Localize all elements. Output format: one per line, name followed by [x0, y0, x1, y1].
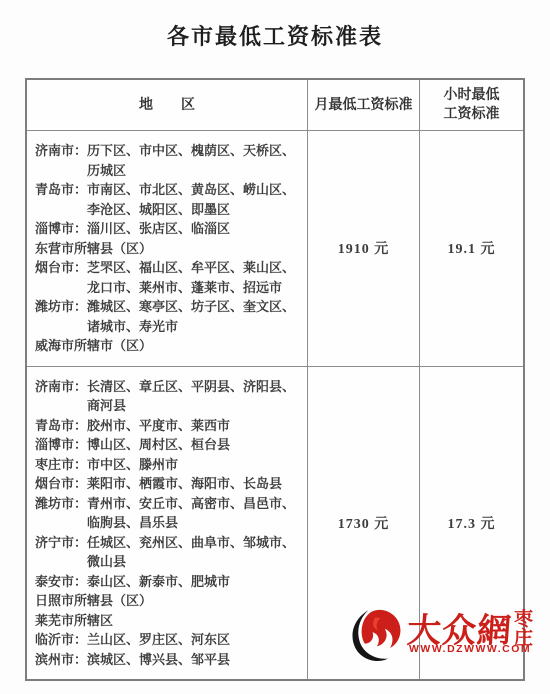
hourly-wage-value: 19.1 元 [420, 131, 523, 366]
region-line: 枣庄市：市中区、滕州市 [35, 455, 303, 475]
table-row: 济南市：长清区、章丘区、平阴县、济阳县、商河县青岛市：胶州市、平度市、莱西市淄博… [27, 366, 523, 680]
region-line: 济南市：长清区、章丘区、平阴县、济阳县、商河县 [35, 377, 303, 416]
region-line: 淄博市：博山区、周村区、桓台县 [35, 435, 303, 455]
table-row: 济南市：历下区、市中区、槐荫区、天桥区、历城区青岛市：市南区、市北区、黄岛区、崂… [27, 130, 523, 366]
table-header-row: 地 区 月最低工资标准 小时最低 工资标准 [27, 80, 523, 130]
page: { "title": "各市最低工资标准表", "table": { "head… [0, 0, 550, 694]
region-line: 淄博市：淄川区、张店区、临淄区 [35, 219, 303, 239]
header-region: 地 区 [27, 80, 308, 130]
wage-table: 地 区 月最低工资标准 小时最低 工资标准 济南市：历下区、市中区、槐荫区、天桥… [25, 78, 525, 681]
region-line: 青岛市：胶州市、平度市、莱西市 [35, 416, 303, 436]
region-line: 临沂市：兰山区、罗庄区、河东区 [35, 630, 303, 650]
region-cell: 济南市：长清区、章丘区、平阴县、济阳县、商河县青岛市：胶州市、平度市、莱西市淄博… [27, 367, 308, 680]
header-hourly-line1: 小时最低 [444, 86, 500, 105]
region-line: 东营市所辖县（区） [35, 239, 303, 259]
region-line: 泰安市：泰山区、新泰市、肥城市 [35, 572, 303, 592]
region-line: 滨州市：滨城区、博兴县、邹平县 [35, 650, 303, 670]
table-body: 济南市：历下区、市中区、槐荫区、天桥区、历城区青岛市：市南区、市北区、黄岛区、崂… [27, 130, 523, 679]
page-title: 各市最低工资标准表 [0, 20, 550, 51]
header-hourly-wage: 小时最低 工资标准 [420, 80, 523, 130]
region-line: 莱芜市所辖区 [35, 611, 303, 631]
monthly-wage-value: 1910 元 [308, 131, 420, 366]
region-line: 潍坊市：青州市、安丘市、高密市、昌邑市、临朐县、昌乐县 [35, 494, 303, 533]
region-line: 日照市所辖县（区） [35, 591, 303, 611]
region-line: 烟台市：莱阳市、栖霞市、海阳市、长岛县 [35, 474, 303, 494]
region-line: 烟台市：芝罘区、福山区、牟平区、莱山区、龙口市、莱州市、蓬莱市、招远市 [35, 258, 303, 297]
monthly-wage-value: 1730 元 [308, 367, 420, 680]
region-cell: 济南市：历下区、市中区、槐荫区、天桥区、历城区青岛市：市南区、市北区、黄岛区、崂… [27, 131, 308, 366]
hourly-wage-value: 17.3 元 [420, 367, 523, 680]
region-line: 威海市所辖市（区） [35, 336, 303, 356]
region-line: 潍坊市：潍城区、寒亭区、坊子区、奎文区、诸城市、寿光市 [35, 297, 303, 336]
header-hourly-line2: 工资标准 [444, 105, 500, 124]
region-line: 济宁市：任城区、兖州区、曲阜市、邹城市、微山县 [35, 533, 303, 572]
header-monthly-wage: 月最低工资标准 [308, 80, 420, 130]
region-line: 青岛市：市南区、市北区、黄岛区、崂山区、李沧区、城阳区、即墨区 [35, 180, 303, 219]
region-line: 济南市：历下区、市中区、槐荫区、天桥区、历城区 [35, 141, 303, 180]
